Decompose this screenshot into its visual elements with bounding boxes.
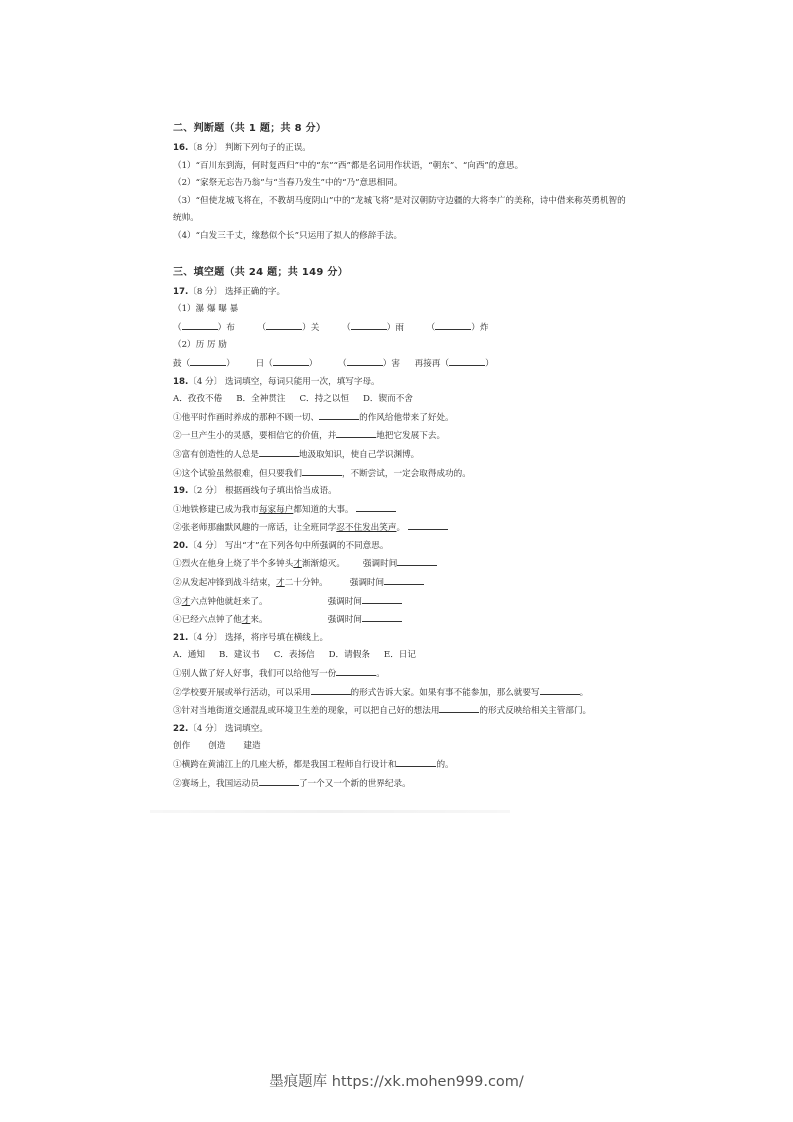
document-page: 二、判断题（共 1 题；共 8 分） 16.〔8 分〕 判断下列句子的正误。 （… [0, 0, 793, 1122]
option: C．持之以恒 [299, 394, 349, 404]
blank-suffix: 炸 [480, 323, 489, 333]
question-number: 20. [173, 541, 188, 551]
question-number: 21. [173, 633, 188, 643]
answer-blank[interactable] [435, 319, 471, 330]
answer-blank[interactable] [259, 775, 299, 786]
section-title-fill-blank: 三、填空题（共 24 题；共 149 分） [173, 262, 633, 284]
option: D．请假条 [329, 650, 370, 660]
fill-item: ②张老师那幽默风趣的一席话，让全班同学忍不住发出笑声。 [173, 519, 633, 538]
fill-item: ④这个试验虽然很难，但只要我们，不断尝试，一定会取得成功的。 [173, 465, 633, 484]
underlined-phrase: 才 [276, 578, 285, 588]
item-text: ②从发起冲锋到战斗结束， [173, 578, 276, 588]
item-text: ①烈火在他身上烧了半个多钟头 [173, 559, 293, 569]
fill-item: ②学校要开展或举行活动，可以采用的形式告诉大家。如果有事不能参加，那么就要写。 [173, 684, 633, 703]
fill-item: ②一旦产生小的灵感，要相信它的价值，并地把它发展下去。 [173, 427, 633, 446]
answer-blank[interactable] [302, 465, 342, 476]
fill-item: ①别人做了好人好事，我们可以给他写一份。 [173, 665, 633, 684]
answer-label: 强调时间 [350, 578, 384, 588]
answer-blank[interactable] [384, 574, 424, 585]
underlined-phrase: 才 [293, 559, 302, 569]
answer-blank[interactable] [449, 355, 485, 366]
question-score: 〔8 分〕 [188, 143, 222, 153]
question-prompt: 选词填空。 [225, 724, 268, 734]
watermark-footer: 墨痕题库 https://xk.mohen999.com/ [0, 1070, 793, 1091]
question-score: 〔2 分〕 [188, 486, 222, 496]
question-16: 16.〔8 分〕 判断下列句子的正误。 （1）“百川东到海，何时复西归”中的“东… [173, 140, 633, 246]
scan-artifact-line [150, 810, 510, 813]
question-20: 20.〔4 分〕 写出“才”在下列各句中所强调的不同意思。 ①烈火在他身上烧了半… [173, 538, 633, 630]
question-number: 17. [173, 287, 188, 297]
item-text: ④已经六点钟了他 [173, 615, 242, 625]
item-text: 二十分钟。 [285, 578, 328, 588]
question-prompt: 选择，将序号填在横线上。 [225, 633, 328, 643]
answer-blank[interactable] [351, 319, 387, 330]
item-text: 地把它发展下去。 [376, 431, 445, 441]
question-header: 17.〔8 分〕 选择正确的字。 [173, 284, 633, 302]
question-score: 〔4 分〕 [188, 633, 222, 643]
answer-blank[interactable] [319, 409, 359, 420]
blank-suffix: 害 [391, 359, 400, 369]
answer-blank[interactable] [397, 555, 437, 566]
item-text: ③富有创造性的人总是 [173, 450, 259, 460]
question-prompt: 根据画线句子填出恰当成语。 [225, 486, 337, 496]
item-text: 。 [580, 688, 589, 698]
question-19: 19.〔2 分〕 根据画线句子填出恰当成语。 ①地铁修建已成为我市每家每户都知道… [173, 483, 633, 538]
option: E．日记 [384, 650, 416, 660]
fill-item: ①烈火在他身上烧了半个多钟头才渐渐熄灭。强调时间 [173, 555, 633, 574]
item-text: ③ [173, 597, 182, 607]
option: D．锲而不舍 [363, 394, 413, 404]
question-18: 18.〔4 分〕 选词填空，每词只能用一次，填写字母。 A．孜孜不倦B．全神贯注… [173, 374, 633, 484]
answer-blank[interactable] [408, 519, 448, 530]
option: B．建议书 [219, 650, 260, 660]
word-choice: 创造 [208, 741, 225, 751]
fill-item: ②赛场上，我国运动员了一个又一个新的世界纪录。 [173, 775, 633, 794]
item-text: 的形式反映给相关主管部门。 [479, 706, 591, 716]
char-blank-row: （）布 （）关 （）雨 （）炸 [173, 319, 633, 338]
fill-item: ①他平时作画时养成的那种不顾一切、的作风给他带来了好处。 [173, 409, 633, 428]
option-list: A．通知B．建议书C．表扬信D．请假条E．日记 [173, 647, 633, 665]
question-22: 22.〔4 分〕 选词填空。 创作创造建造 ①横跨在黄浦江上的几座大桥，都是我国… [173, 721, 633, 793]
answer-blank[interactable] [362, 611, 402, 622]
question-score: 〔4 分〕 [188, 541, 222, 551]
underlined-phrase: 每家每户 [259, 505, 293, 515]
option: C．表扬信 [274, 650, 315, 660]
statement-item: （1）“百川东到海，何时复西归”中的“东”“西”都是名词用作状语，“朝东”、“向… [173, 158, 633, 176]
answer-blank[interactable] [336, 665, 376, 676]
question-header: 16.〔8 分〕 判断下列句子的正误。 [173, 140, 633, 158]
answer-blank[interactable] [266, 319, 302, 330]
question-number: 18. [173, 377, 188, 387]
option-list: A．孜孜不倦B．全神贯注C．持之以恒D．锲而不舍 [173, 391, 633, 409]
blank-suffix: 雨 [395, 323, 404, 333]
fill-item: ③富有创造性的人总是地汲取知识，使自己学识渊博。 [173, 446, 633, 465]
item-text: ②赛场上，我国运动员 [173, 779, 259, 789]
char-group-label: （2）历 厉 励 [173, 337, 633, 355]
question-score: 〔4 分〕 [188, 377, 222, 387]
item-text: 的形式告诉大家。如果有事不能参加，那么就要写 [351, 688, 540, 698]
item-text: ①他平时作画时养成的那种不顾一切、 [173, 413, 319, 423]
answer-blank[interactable] [540, 684, 580, 695]
answer-blank[interactable] [396, 756, 436, 767]
blank-prefix: 日 [256, 359, 265, 369]
question-header: 19.〔2 分〕 根据画线句子填出恰当成语。 [173, 483, 633, 501]
item-text: ③针对当地街道交通混乱或环境卫生差的现象，可以把自己好的想法用 [173, 706, 439, 716]
question-number: 22. [173, 724, 188, 734]
answer-blank[interactable] [347, 355, 383, 366]
blank-prefix: 鼓 [173, 359, 182, 369]
question-number: 16. [173, 143, 188, 153]
answer-blank[interactable] [311, 684, 351, 695]
fill-item: ②从发起冲锋到战斗结束，才二十分钟。强调时间 [173, 574, 633, 593]
fill-item: ③才六点钟他就赶来了。强调时间 [173, 593, 633, 612]
question-21: 21.〔4 分〕 选择，将序号填在横线上。 A．通知B．建议书C．表扬信D．请假… [173, 630, 633, 721]
underlined-phrase: 才 [182, 597, 191, 607]
item-text: ①别人做了好人好事，我们可以给他写一份 [173, 669, 336, 679]
item-text: ②一旦产生小的灵感，要相信它的价值，并 [173, 431, 336, 441]
question-score: 〔8 分〕 [188, 287, 222, 297]
answer-label: 强调时间 [328, 597, 362, 607]
question-score: 〔4 分〕 [188, 724, 222, 734]
fill-item: ③针对当地街道交通混乱或环境卫生差的现象，可以把自己好的想法用的形式反映给相关主… [173, 702, 633, 721]
blank-prefix: 再接再 [415, 359, 441, 369]
word-bank: 创作创造建造 [173, 738, 633, 756]
answer-label: 强调时间 [328, 615, 362, 625]
answer-blank[interactable] [182, 319, 218, 330]
item-text: ①横跨在黄浦江上的几座大桥，都是我国工程师自行设计和 [173, 760, 396, 770]
question-header: 20.〔4 分〕 写出“才”在下列各句中所强调的不同意思。 [173, 538, 633, 556]
item-text: 了一个又一个新的世界纪录。 [299, 779, 411, 789]
word-choice: 建造 [243, 741, 260, 751]
answer-label: 强调时间 [363, 559, 397, 569]
fill-item: ④已经六点钟了他才来。强调时间 [173, 611, 633, 630]
item-text: ，不断尝试，一定会取得成功的。 [342, 469, 471, 479]
item-text: 。 [376, 669, 385, 679]
answer-blank[interactable] [356, 501, 396, 512]
question-prompt: 写出“才”在下列各句中所强调的不同意思。 [225, 541, 388, 551]
answer-blank[interactable] [362, 593, 402, 604]
item-text: 。 [396, 523, 405, 533]
question-header: 21.〔4 分〕 选择，将序号填在横线上。 [173, 630, 633, 648]
item-text: 渐渐熄灭。 [302, 559, 345, 569]
item-text: ②张老师那幽默风趣的一席话，让全班同学 [173, 523, 336, 533]
char-blank-row: 鼓（） 日（） （）害 再接再（） [173, 355, 633, 374]
option: A．孜孜不倦 [173, 394, 222, 404]
answer-blank[interactable] [259, 446, 299, 457]
question-prompt: 选择正确的字。 [225, 287, 285, 297]
item-text: 六点钟他就赶来了。 [190, 597, 267, 607]
question-prompt: 判断下列句子的正误。 [225, 143, 311, 153]
question-header: 18.〔4 分〕 选词填空，每词只能用一次，填写字母。 [173, 374, 633, 392]
item-text: ①地铁修建已成为我市 [173, 505, 259, 515]
question-17: 17.〔8 分〕 选择正确的字。 （1）瀑 爆 曝 暴 （）布 （）关 （）雨 … [173, 284, 633, 374]
answer-blank[interactable] [190, 355, 226, 366]
word-choice: 创作 [173, 741, 190, 751]
blank-suffix: 布 [226, 323, 235, 333]
option: B．全神贯注 [236, 394, 285, 404]
exam-content: 二、判断题（共 1 题；共 8 分） 16.〔8 分〕 判断下列句子的正误。 （… [173, 118, 633, 793]
underlined-phrase: 忍不住发出笑声 [336, 523, 396, 533]
statement-item: （4）“白发三千丈，缘愁似个长”只运用了拟人的修辞手法。 [173, 228, 633, 246]
item-text: 地汲取知识，使自己学识渊博。 [299, 450, 419, 460]
section-title-judgement: 二、判断题（共 1 题；共 8 分） [173, 118, 633, 140]
question-prompt: 选词填空，每词只能用一次，填写字母。 [225, 377, 380, 387]
item-text: 都知道的大事。 [293, 505, 353, 515]
answer-blank[interactable] [273, 355, 309, 366]
fill-item: ①地铁修建已成为我市每家每户都知道的大事。 [173, 501, 633, 520]
item-text: ④这个试验虽然很难，但只要我们 [173, 469, 302, 479]
question-header: 22.〔4 分〕 选词填空。 [173, 721, 633, 739]
option: A．通知 [173, 650, 205, 660]
blank-suffix: 关 [311, 323, 320, 333]
char-group-label: （1）瀑 爆 曝 暴 [173, 301, 633, 319]
answer-blank[interactable] [439, 702, 479, 713]
item-text: 来。 [250, 615, 267, 625]
question-number: 19. [173, 486, 188, 496]
item-text: 的。 [436, 760, 453, 770]
item-text: 的作风给他带来了好处。 [359, 413, 454, 423]
answer-blank[interactable] [336, 427, 376, 438]
fill-item: ①横跨在黄浦江上的几座大桥，都是我国工程师自行设计和的。 [173, 756, 633, 775]
statement-item: （2）“家祭无忘告乃翁”与“当春乃发生”中的“乃”意思相同。 [173, 175, 633, 193]
item-text: ②学校要开展或举行活动，可以采用 [173, 688, 311, 698]
statement-item: （3）“但使龙城飞将在，不教胡马度阴山”中的“龙城飞将”是对汉朝防守边疆的大将李… [173, 193, 633, 228]
